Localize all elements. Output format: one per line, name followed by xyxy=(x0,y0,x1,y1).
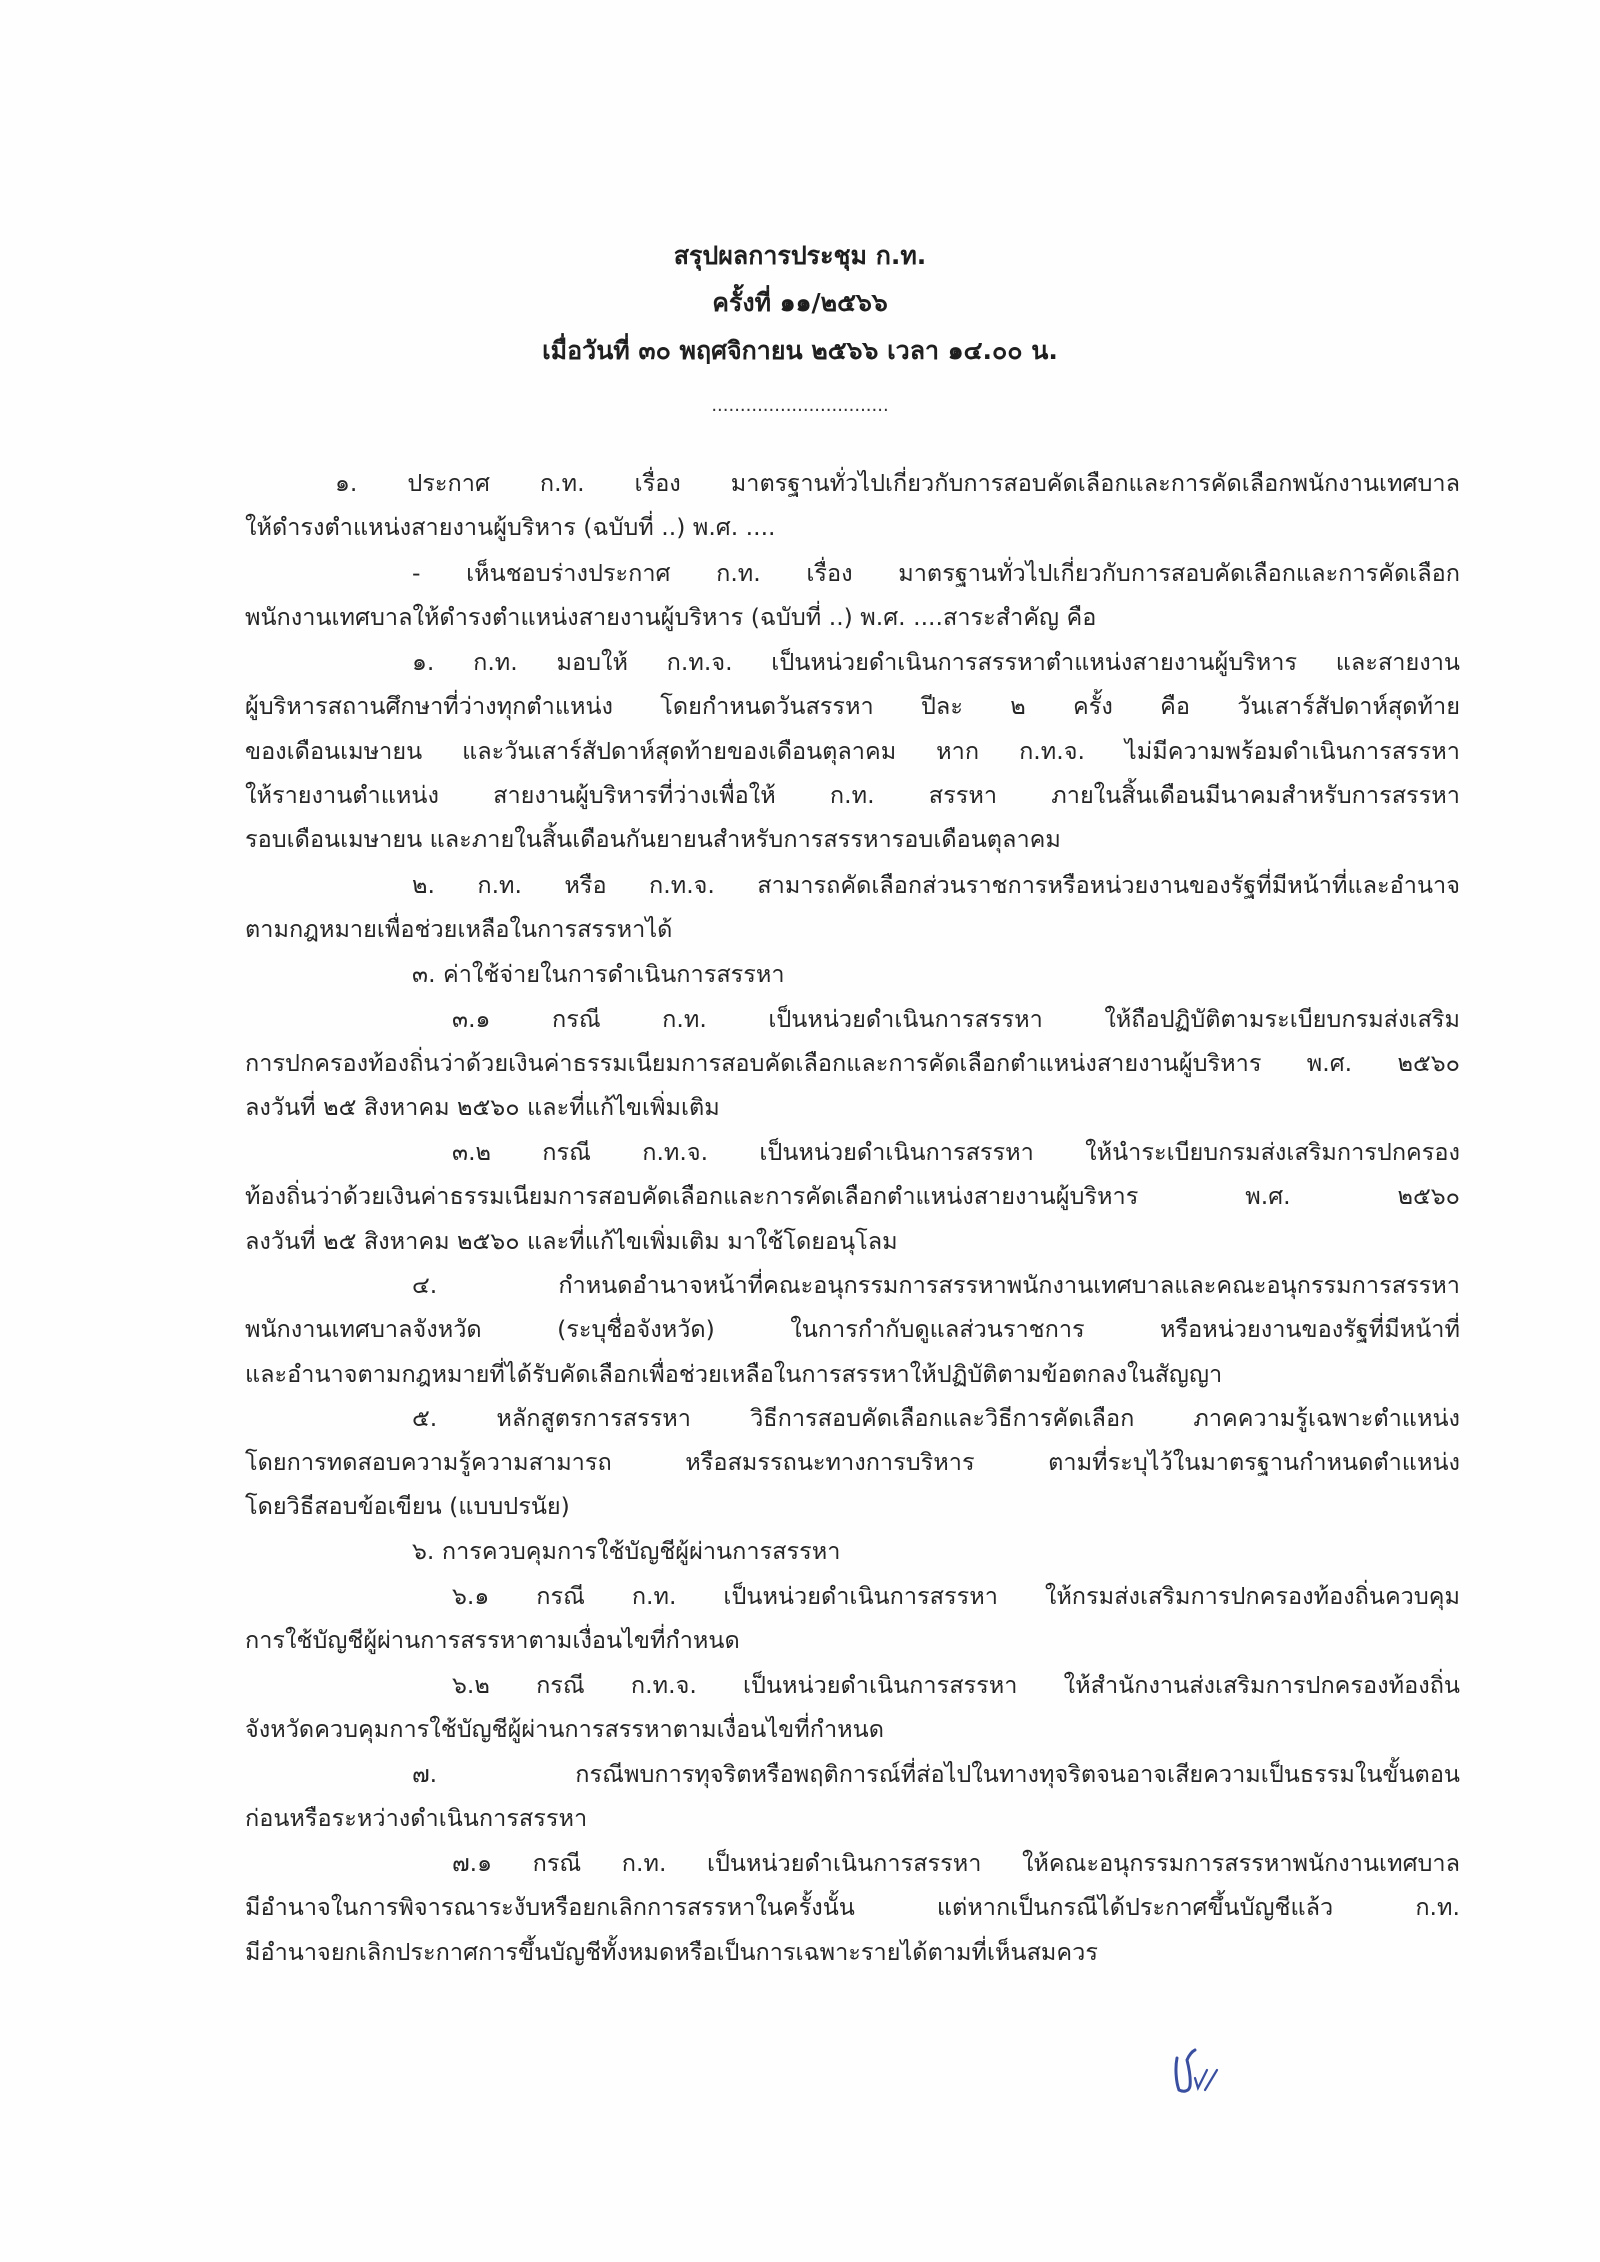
title-separator: ............................... xyxy=(0,395,1600,416)
clause-1-line-3: ของเดือนเมษายน และวันเสาร์สัปดาห์สุดท้าย… xyxy=(245,735,1460,767)
resolution-line-1: - เห็นชอบร่างประกาศ ก.ท. เรื่อง มาตรฐานท… xyxy=(412,557,1460,589)
clause-1-line-1: ๑. ก.ท. มอบให้ ก.ท.จ. เป็นหน่วยดำเนินการ… xyxy=(412,646,1460,678)
clause-5-line-3: โดยวิธีสอบข้อเขียน (แบบปรนัย) xyxy=(245,1490,1460,1522)
clause-4-line-1: ๔. กำหนดอำนาจหน้าที่คณะอนุกรรมการสรรหาพน… xyxy=(412,1269,1460,1301)
clause-7-1-line-2: มีอำนาจในการพิจารณาระงับหรือยกเลิกการสรร… xyxy=(245,1891,1460,1923)
clause-1-line-5: รอบเดือนเมษายน และภายในสิ้นเดือนกันยายนส… xyxy=(245,823,1460,855)
clause-4-line-3: และอำนาจตามกฎหมายที่ได้รับคัดเลือกเพื่อช… xyxy=(245,1358,1460,1390)
clause-1-line-2: ผู้บริหารสถานศึกษาที่ว่างทุกตำแหน่ง โดยก… xyxy=(245,690,1460,722)
clause-6-2-line-1: ๖.๒ กรณี ก.ท.จ. เป็นหน่วยดำเนินการสรรหา … xyxy=(452,1669,1460,1701)
clause-5-line-1: ๕. หลักสูตรการสรรหา วิธีการสอบคัดเลือกแล… xyxy=(412,1402,1460,1434)
meeting-date-time: เมื่อวันที่ ๓๐ พฤศจิกายน ๒๕๖๖ เวลา ๑๔.๐๐… xyxy=(0,331,1600,371)
clause-3-2-line-1: ๓.๒ กรณี ก.ท.จ. เป็นหน่วยดำเนินการสรรหา … xyxy=(452,1136,1460,1168)
clause-5-line-2: โดยการทดสอบความรู้ความสามารถ หรือสมรรถนะ… xyxy=(245,1446,1460,1478)
clause-2-line-2: ตามกฎหมายเพื่อช่วยเหลือในการสรรหาได้ xyxy=(245,913,1460,945)
clause-2-line-1: ๒. ก.ท. หรือ ก.ท.จ. สามารถคัดเลือกส่วนรา… xyxy=(412,869,1460,901)
clause-7-1-line-1: ๗.๑ กรณี ก.ท. เป็นหน่วยดำเนินการสรรหา ให… xyxy=(452,1847,1460,1879)
item-1-line-2: ให้ดำรงตำแหน่งสายงานผู้บริหาร (ฉบับที่ .… xyxy=(245,511,1460,543)
document-page: สรุปผลการประชุม ก.ท. ครั้งที่ ๑๑/๒๕๖๖ เม… xyxy=(0,0,1600,2262)
clause-6-1-line-1: ๖.๑ กรณี ก.ท. เป็นหน่วยดำเนินการสรรหา ให… xyxy=(452,1580,1460,1612)
clause-3-1-line-3: ลงวันที่ ๒๕ สิงหาคม ๒๕๖๐ และที่แก้ไขเพิ่… xyxy=(245,1091,1460,1123)
clause-4-line-2: พนักงานเทศบาลจังหวัด (ระบุชื่อจังหวัด) ใ… xyxy=(245,1313,1460,1345)
clause-3-1-line-1: ๓.๑ กรณี ก.ท. เป็นหน่วยดำเนินการสรรหา ให… xyxy=(452,1003,1460,1035)
clause-6-1-line-2: การใช้บัญชีผู้ผ่านการสรรหาตามเงื่อนไขที่… xyxy=(245,1624,1460,1656)
meeting-session: ครั้งที่ ๑๑/๒๕๖๖ xyxy=(0,283,1600,323)
resolution-line-2: พนักงานเทศบาลให้ดำรงตำแหน่งสายงานผู้บริห… xyxy=(245,601,1460,633)
clause-3-1-line-2: การปกครองท้องถิ่นว่าด้วยเงินค่าธรรมเนียม… xyxy=(245,1047,1460,1079)
clause-1-line-4: ให้รายงานตำแหน่ง สายงานผู้บริหารที่ว่างเ… xyxy=(245,779,1460,811)
clause-6-2-line-2: จังหวัดควบคุมการใช้บัญชีผู้ผ่านการสรรหาต… xyxy=(245,1713,1460,1745)
clause-7-line-2: ก่อนหรือระหว่างดำเนินการสรรหา xyxy=(245,1802,1460,1834)
document-title: สรุปผลการประชุม ก.ท. xyxy=(0,236,1600,276)
clause-7-line-1: ๗. กรณีพบการทุจริตหรือพฤติการณ์ที่ส่อไปใ… xyxy=(412,1758,1460,1790)
item-1-line-1: ๑. ประกาศ ก.ท. เรื่อง มาตรฐานทั่วไปเกี่ย… xyxy=(335,467,1460,499)
clause-3-heading: ๓. ค่าใช้จ่ายในการดำเนินการสรรหา xyxy=(412,958,1600,990)
clause-6-heading: ๖. การควบคุมการใช้บัญชีผู้ผ่านการสรรหา xyxy=(412,1535,1600,1567)
handwritten-initial-icon xyxy=(1173,2048,1223,2098)
clause-3-2-line-2: ท้องถิ่นว่าด้วยเงินค่าธรรมเนียมการสอบคัด… xyxy=(245,1180,1460,1212)
clause-7-1-line-3: มีอำนาจยกเลิกประกาศการขึ้นบัญชีทั้งหมดหร… xyxy=(245,1936,1175,1968)
clause-3-2-line-3: ลงวันที่ ๒๕ สิงหาคม ๒๕๖๐ และที่แก้ไขเพิ่… xyxy=(245,1225,1460,1257)
